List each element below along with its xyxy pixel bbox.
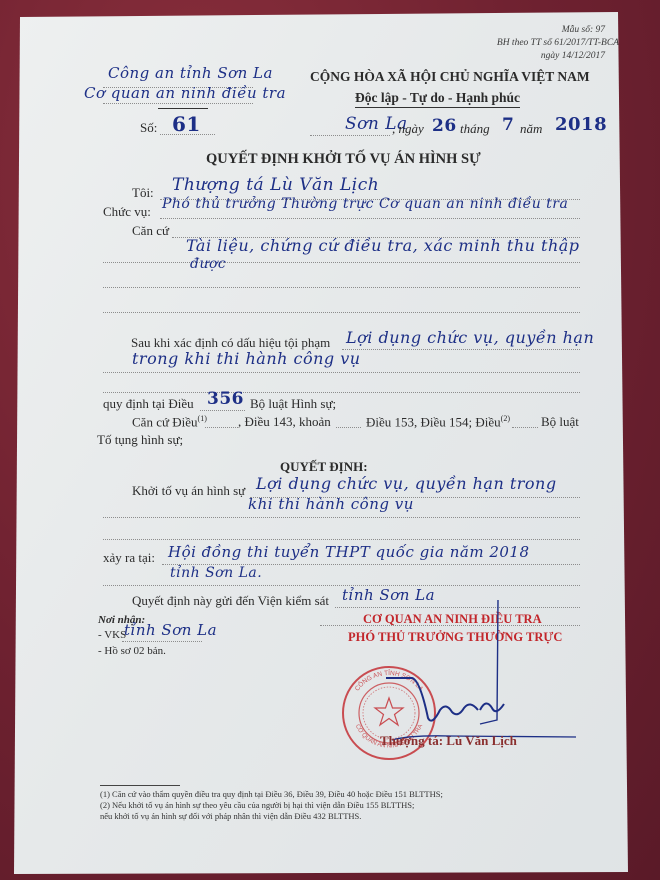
sau-khi-value-1: Lợi dụng chức vụ, quyền hạn [346,328,594,347]
date-month-label: tháng [460,121,490,137]
can-cu-dieu-1: Căn cứ Điều(1) [132,414,207,430]
form-circular: BH theo TT số 61/2017/TT-BCA [497,37,619,50]
khoi-to-value-2: khi thi hành công vụ [248,495,414,513]
number-value: 61 [172,112,201,136]
recipient-vks-label: - VKS [98,629,126,641]
sau-khi-value-2: trong khi thi hành công vụ [132,349,361,368]
footnote-3: nếu khởi tố vụ án hình sự đối với pháp n… [100,811,361,821]
date-place-line [310,135,390,136]
date-day: 26 [432,116,457,136]
footnote-divider [100,785,180,786]
can-cu-dieu-blank-3 [512,427,538,428]
recipient-file: - Hồ sơ 02 bản. [98,645,166,657]
footnote-2: (2) Nếu khởi tố vụ án hình sự theo yêu c… [100,800,414,810]
date-year-label: năm [520,121,542,137]
can-cu-value-2: được [190,256,226,272]
quy-dinh-article: 356 [207,389,244,409]
can-cu-dieu-4: Bộ luật [541,414,579,430]
document-title: QUYẾT ĐỊNH KHỞI TỐ VỤ ÁN HÌNH SỰ [206,151,481,168]
quy-dinh-article-line [200,410,245,411]
quy-dinh-suffix: Bộ luật Hình sự; [250,396,336,412]
quy-dinh-prefix: quy định tại Điều [103,396,194,412]
date-day-label: , ngày [392,121,424,137]
chuc-vu-label: Chức vụ: [103,204,151,220]
can-cu-dieu-3: Điều 153, Điều 154; Điều(2) [366,414,510,430]
form-reference: Mẫu số: 97 BH theo TT số 61/2017/TT-BCA … [483,24,605,63]
xay-ra-value-1: Hội đồng thi tuyển THPT quốc gia năm 201… [168,543,530,561]
can-cu-line-3 [103,287,580,288]
can-cu-line-4 [103,312,580,313]
can-cu-dieu-text-3: Điều 153, Điều 154; Điều [366,414,501,429]
agency-underline [158,108,208,109]
country-motto: Độc lập - Tự do - Hạnh phúc [355,90,520,108]
can-cu-value-1: Tài liệu, chứng cứ điều tra, xác minh th… [186,236,580,255]
footnote-ref-1: (1) [198,414,207,423]
date-month: 7 [502,115,514,135]
khoi-to-value-1: Lợi dụng chức vụ, quyền hạn trong [256,474,557,493]
document-page: Mẫu số: 97 BH theo TT số 61/2017/TT-BCA … [0,0,660,880]
can-cu-dieu-blank-1 [205,427,238,428]
can-cu-dieu-blank-2 [336,427,361,428]
sau-khi-line-3 [103,392,580,393]
date-year: 2018 [555,114,607,135]
agency-handwritten-1: Công an tỉnh Sơn La [108,64,273,82]
decision-heading: QUYẾT ĐỊNH: [280,459,368,475]
xay-ra-value-2: tỉnh Sơn La. [170,565,262,581]
form-number: Mẫu số: 97 [483,24,605,37]
agency-handwritten-2: Cơ quan an ninh điều tra [84,84,286,102]
sau-khi-line-2 [103,372,580,373]
footnote-ref-2: (2) [501,414,510,423]
khoi-to-label: Khởi tố vụ án hình sự [132,483,245,499]
toi-label: Tôi: [132,185,154,201]
recipient-vks-value: tỉnh Sơn La [124,621,217,639]
can-cu-label: Căn cứ [132,223,169,239]
chuc-vu-line [160,218,580,219]
khoi-to-line-3 [103,539,580,540]
chuc-vu-value: Phó thủ trưởng Thường trực Cơ quan an ni… [162,196,568,212]
sau-khi-line-1 [342,349,580,350]
xay-ra-label: xảy ra tại: [103,550,155,566]
signer-name: Thượng tá: Lù Văn Lịch [380,733,517,749]
can-cu-dieu-text-1: Căn cứ Điều [132,414,198,429]
can-cu-line-2 [103,262,580,263]
gui-den-label: Quyết định này gửi đến Viện kiểm sát [132,593,329,609]
form-circular-date: ngày 14/12/2017 [483,50,605,63]
to-tung: Tố tụng hình sự; [97,432,183,448]
recipient-vks-line [122,641,202,642]
toi-value: Thượng tá Lù Văn Lịch [172,175,379,195]
khoi-to-line-2 [103,517,580,518]
agency-line-2 [103,103,253,104]
footnote-1: (1) Căn cứ vào thẩm quyền điều tra quy đ… [100,789,443,799]
country-name: CỘNG HÒA XÃ HỘI CHỦ NGHĨA VIỆT NAM [310,69,590,85]
number-label: Số: [140,120,157,136]
can-cu-dieu-2: , Điều 143, khoản [238,414,331,430]
